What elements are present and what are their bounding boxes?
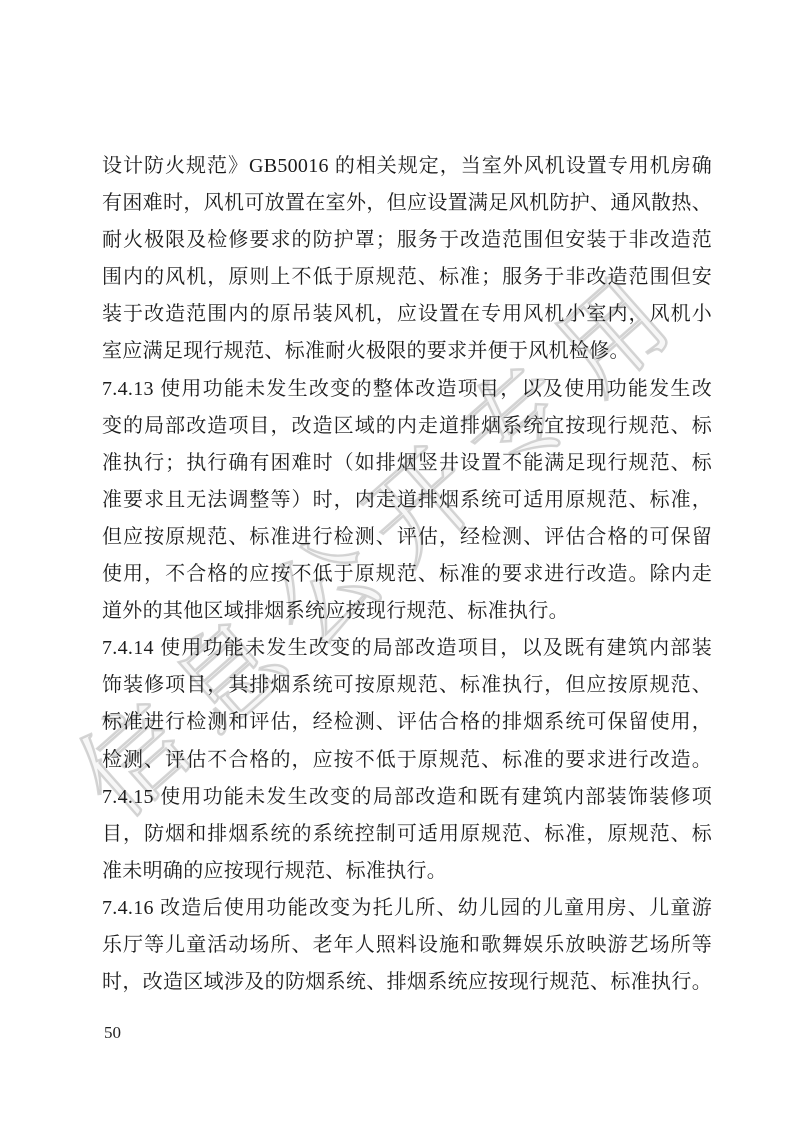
text-line: 使用，不合格的应按不低于原规范、标准的要求进行改造。除内走 [102,556,712,593]
paragraph-7.4.13: 7.4.13 使用功能未发生改变的整体改造项目，以及使用功能发生改变的局部改造项… [102,371,712,631]
text-line: 7.4.14 使用功能未发生改变的局部改造项目，以及既有建筑内部装 [102,630,712,667]
text-line: 变的局部改造项目，改造区域的内走道排烟系统宜按现行规范、标 [102,408,712,445]
paragraph-7.4.16: 7.4.16 改造后使用功能改变为托儿所、幼儿园的儿童用房、儿童游乐厅等儿童活动… [102,890,712,1001]
text-line: 7.4.15 使用功能未发生改变的局部改造和既有建筑内部装饰装修项 [102,779,712,816]
text-line: 7.4.13 使用功能未发生改变的整体改造项目，以及使用功能发生改 [102,371,712,408]
text-line: 准要求且无法调整等）时，内走道排烟系统可适用原规范、标准， [102,482,712,519]
text-line: 设计防火规范》GB50016 的相关规定，当室外风机设置专用机房确 [102,148,712,185]
text-line: 但应按原规范、标准进行检测、评估，经检测、评估合格的可保留 [102,519,712,556]
text-line: 饰装修项目，其排烟系统可按原规范、标准执行，但应按原规范、 [102,667,712,704]
text-line: 装于改造范围内的原吊装风机，应设置在专用风机小室内，风机小 [102,296,712,333]
text-line: 目，防烟和排烟系统的系统控制可适用原规范、标准，原规范、标 [102,816,712,853]
text-line: 检测、评估不合格的，应按不低于原规范、标准的要求进行改造。 [102,742,712,779]
document-body: 设计防火规范》GB50016 的相关规定，当室外风机设置专用机房确有困难时，风机… [102,148,712,1001]
document-page: 信息公开专用 设计防火规范》GB50016 的相关规定，当室外风机设置专用机房确… [0,0,800,1131]
text-line: 乐厅等儿童活动场所、老年人照料设施和歌舞娱乐放映游艺场所等 [102,927,712,964]
text-line: 时，改造区域涉及的防烟系统、排烟系统应按现行规范、标准执行。 [102,964,712,1001]
paragraph-7.4.14: 7.4.14 使用功能未发生改变的局部改造项目，以及既有建筑内部装饰装修项目，其… [102,630,712,778]
page-number: 50 [104,1021,121,1045]
text-line: 耐火极限及检修要求的防护罩；服务于改造范围但安装于非改造范 [102,222,712,259]
paragraph-7.4.15: 7.4.15 使用功能未发生改变的局部改造和既有建筑内部装饰装修项目，防烟和排烟… [102,779,712,890]
text-line: 7.4.16 改造后使用功能改变为托儿所、幼儿园的儿童用房、儿童游 [102,890,712,927]
text-line: 有困难时，风机可放置在室外，但应设置满足风机防护、通风散热、 [102,185,712,222]
text-line: 室应满足现行规范、标准耐火极限的要求并便于风机检修。 [102,333,712,370]
text-line: 准执行；执行确有困难时（如排烟竖井设置不能满足现行规范、标 [102,445,712,482]
text-line: 道外的其他区域排烟系统应按现行规范、标准执行。 [102,593,712,630]
text-line: 标准进行检测和评估，经检测、评估合格的排烟系统可保留使用， [102,704,712,741]
paragraph-continuation: 设计防火规范》GB50016 的相关规定，当室外风机设置专用机房确有困难时，风机… [102,148,712,371]
text-line: 围内的风机，原则上不低于原规范、标准；服务于非改造范围但安 [102,259,712,296]
text-line: 准未明确的应按现行规范、标准执行。 [102,853,712,890]
